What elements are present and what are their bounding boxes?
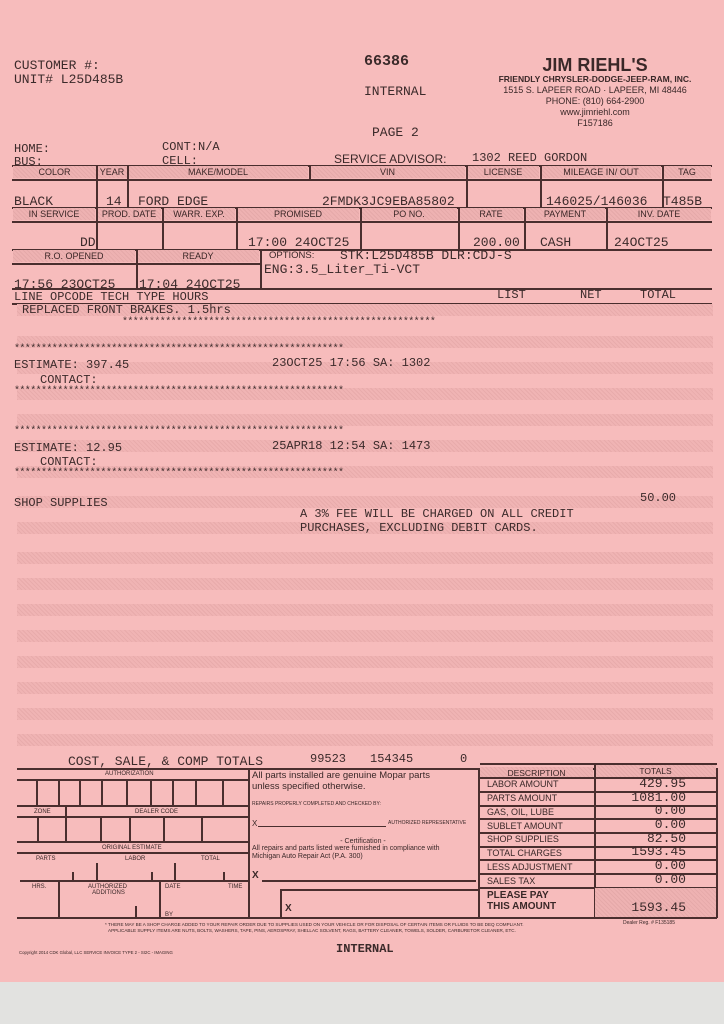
estimate-2-contact: CONTACT: bbox=[40, 455, 98, 469]
print-band bbox=[17, 552, 713, 564]
please-pay-value: 1593.45 bbox=[596, 900, 686, 915]
options-line-2: ENG:3.5_Liter_Ti-VCT bbox=[264, 262, 420, 277]
print-band bbox=[17, 734, 713, 746]
sale-total-value: 154345 bbox=[370, 752, 413, 766]
print-band bbox=[17, 414, 713, 426]
authorization-box bbox=[36, 779, 38, 805]
original-estimate-label: ORIGINAL ESTIMATE bbox=[102, 845, 162, 851]
unit-number: UNIT# L25D485B bbox=[14, 72, 123, 87]
divider bbox=[96, 207, 98, 249]
sublet-amount-label: SUBLET AMOUNT bbox=[487, 821, 563, 831]
shop-charge-notice-line-2: APPLICABLE SUPPLY ITEMS ARE NUTS, BOLTS,… bbox=[105, 928, 523, 934]
divider bbox=[223, 872, 225, 880]
divider bbox=[17, 841, 248, 843]
stars-separator: ****************************************… bbox=[14, 426, 343, 437]
labor-label: LABOR bbox=[125, 856, 145, 862]
service-advisor-label: SERVICE ADVISOR: bbox=[334, 152, 446, 166]
ro-number: 66386 bbox=[364, 53, 409, 70]
dealer-code-label: DEALER CODE bbox=[135, 809, 178, 815]
divider bbox=[20, 880, 248, 882]
divider bbox=[96, 863, 98, 880]
ready-header: READY bbox=[137, 250, 259, 262]
cost-total-value: 99523 bbox=[310, 752, 346, 766]
fee-notice-line-2: PURCHASES, EXCLUDING DEBIT CARDS. bbox=[300, 521, 538, 535]
cost-totals-label: COST, SALE, & COMP TOTALS bbox=[68, 754, 263, 769]
divider bbox=[127, 165, 129, 207]
customer-signature-line[interactable] bbox=[262, 880, 476, 882]
warr-exp-header: WARR. EXP. bbox=[163, 208, 235, 220]
divider bbox=[480, 763, 717, 765]
total-charges-value: 1593.45 bbox=[596, 844, 686, 859]
sublet-amount-value: 0.00 bbox=[596, 817, 686, 832]
prod-date-header: PROD. DATE bbox=[97, 208, 161, 220]
signature-x-3: X bbox=[285, 903, 292, 914]
comp-total-value: 0 bbox=[460, 752, 467, 766]
po-no-header: PO NO. bbox=[361, 208, 457, 220]
divider bbox=[17, 816, 248, 818]
estimate-2-meta: 25APR18 12:54 SA: 1473 bbox=[272, 439, 430, 453]
certification-line-1: All repairs and parts listed were furnis… bbox=[252, 845, 440, 853]
dealer-code-box bbox=[129, 816, 131, 841]
divider bbox=[12, 179, 712, 181]
ro-opened-header: R.O. OPENED bbox=[13, 250, 135, 262]
divider bbox=[458, 207, 460, 249]
dealer-form-id: F157186 bbox=[470, 118, 720, 129]
signature-x-2: X bbox=[252, 870, 259, 881]
labor-amount-value: 429.95 bbox=[596, 776, 686, 791]
authorization-label: AUTHORIZATION bbox=[105, 771, 154, 777]
in-service-value: DD bbox=[80, 235, 96, 250]
parts-amount-label: PARTS AMOUNT bbox=[487, 793, 557, 803]
year-header: YEAR bbox=[97, 166, 127, 178]
lines-header: LINE OPCODE TECH TYPE HOURS bbox=[14, 290, 208, 304]
certification-title: - Certification - bbox=[252, 838, 474, 845]
divider bbox=[17, 917, 717, 919]
dealer-code-box bbox=[163, 816, 165, 841]
promised-value: 17:00 24OCT25 bbox=[248, 235, 349, 250]
total-label: TOTAL bbox=[201, 856, 220, 862]
service-invoice-page: CUSTOMER #: UNIT# L25D485B 66386 INTERNA… bbox=[0, 0, 724, 982]
authorization-box bbox=[126, 779, 128, 805]
dealer-subtitle: FRIENDLY CHRYSLER-DODGE-JEEP-RAM, INC. bbox=[470, 74, 720, 85]
stars-separator: ****************************************… bbox=[14, 344, 343, 355]
authorization-box bbox=[101, 779, 103, 805]
print-band bbox=[17, 708, 713, 720]
estimate-1-label: ESTIMATE: 397.45 bbox=[14, 358, 129, 372]
divider bbox=[17, 779, 248, 781]
sales-tax-label: SALES TAX bbox=[487, 876, 535, 886]
estimate-2-label: ESTIMATE: 12.95 bbox=[14, 441, 122, 455]
authorized-representative-label: AUTHORIZED REPRESENTATIVE bbox=[388, 820, 466, 826]
service-advisor-value: 1302 REED GORDON bbox=[472, 151, 587, 165]
stars-separator: ****************************************… bbox=[14, 468, 343, 479]
shop-supplies-label: SHOP SUPPLIES bbox=[14, 496, 108, 510]
authorized-additions-line-2: ADDITIONS bbox=[88, 890, 127, 896]
shop-supplies-total-label: SHOP SUPPLIES bbox=[487, 834, 559, 844]
print-band bbox=[17, 604, 713, 616]
divider bbox=[174, 863, 176, 880]
total-charges-label: TOTAL CHARGES bbox=[487, 848, 562, 858]
contact-value: CONT:N/A bbox=[162, 140, 220, 154]
estimate-1-meta: 23OCT25 17:56 SA: 1302 bbox=[272, 356, 430, 370]
mileage-header: MILEAGE IN/ OUT bbox=[541, 166, 661, 178]
estimate-1-contact: CONTACT: bbox=[40, 373, 98, 387]
copyright-notice: Copyright 2014 CDK Global, LLC SERVICE I… bbox=[19, 950, 173, 955]
divider bbox=[58, 880, 60, 918]
dealer-code-box bbox=[37, 816, 39, 841]
customer-number-label: CUSTOMER #: bbox=[14, 58, 100, 73]
divider bbox=[540, 165, 542, 207]
by-label: BY bbox=[165, 912, 173, 918]
authorization-box bbox=[58, 779, 60, 805]
divider bbox=[466, 165, 468, 207]
divider bbox=[151, 872, 153, 880]
net-header: NET bbox=[580, 288, 602, 302]
time-label: TIME bbox=[228, 884, 242, 890]
divider bbox=[135, 906, 137, 918]
shop-charge-notice: * THERE MAY BE A SHOP CHARGE ADDED TO YO… bbox=[105, 922, 523, 934]
authorization-box bbox=[222, 779, 224, 805]
dealer-name: JIM RIEHL'S bbox=[470, 56, 720, 74]
dealer-block: JIM RIEHL'S FRIENDLY CHRYSLER-DODGE-JEEP… bbox=[470, 56, 720, 129]
parts-label: PARTS bbox=[36, 856, 55, 862]
divider bbox=[136, 249, 138, 289]
gas-oil-lube-value: 0.00 bbox=[596, 803, 686, 818]
labor-amount-label: LABOR AMOUNT bbox=[487, 779, 559, 789]
dealer-phone: PHONE: (810) 664-2900 bbox=[470, 96, 720, 107]
divider bbox=[248, 768, 250, 918]
please-pay-line-1: PLEASE PAY bbox=[487, 890, 556, 901]
license-header: LICENSE bbox=[467, 166, 539, 178]
divider bbox=[309, 165, 311, 180]
options-line-1: STK:L25D485B DLR:CDJ-S bbox=[340, 248, 512, 263]
list-header: LIST bbox=[497, 288, 526, 302]
signature-x-1: X bbox=[252, 819, 257, 828]
hrs-label: HRS. bbox=[32, 884, 46, 890]
page-number: PAGE 2 bbox=[372, 125, 419, 140]
divider bbox=[280, 889, 478, 891]
please-pay-line-2: THIS AMOUNT bbox=[487, 901, 556, 912]
options-label: OPTIONS: bbox=[269, 250, 314, 261]
footer-copy-type: INTERNAL bbox=[336, 942, 394, 956]
certification-line-2: Michigan Auto Repair Act (P.A. 300) bbox=[252, 853, 440, 861]
authorization-box bbox=[79, 779, 81, 805]
stars-separator: ****************************************… bbox=[14, 386, 343, 397]
divider bbox=[72, 872, 74, 880]
please-pay-label: PLEASE PAY THIS AMOUNT bbox=[487, 890, 556, 912]
divider bbox=[524, 207, 526, 249]
dealer-code-box bbox=[201, 816, 203, 841]
make-model-header: MAKE/MODEL bbox=[128, 166, 308, 178]
copy-type: INTERNAL bbox=[364, 84, 426, 99]
sales-tax-value: 0.00 bbox=[596, 872, 686, 887]
mopar-notice: All parts installed are genuine Mopar pa… bbox=[252, 770, 430, 792]
divider bbox=[17, 852, 248, 854]
total-header: TOTAL bbox=[640, 288, 676, 302]
inv-date-value: 24OCT25 bbox=[614, 235, 669, 250]
shop-supplies-amount: 50.00 bbox=[640, 491, 676, 505]
divider bbox=[17, 805, 248, 807]
dealer-code-box bbox=[100, 816, 102, 841]
less-adjustment-label: LESS ADJUSTMENT bbox=[487, 862, 573, 872]
print-band bbox=[17, 656, 713, 668]
fee-notice-line-1: A 3% FEE WILL BE CHARGED ON ALL CREDIT bbox=[300, 507, 574, 521]
divider bbox=[260, 249, 262, 289]
promised-header: PROMISED bbox=[237, 208, 359, 220]
gas-oil-lube-label: GAS, OIL, LUBE bbox=[487, 807, 554, 817]
home-phone-label: HOME: bbox=[14, 142, 50, 156]
divider bbox=[236, 207, 238, 249]
rate-header: RATE bbox=[459, 208, 523, 220]
in-service-header: IN SERVICE bbox=[13, 208, 95, 220]
representative-signature-line[interactable] bbox=[258, 826, 386, 827]
divider bbox=[280, 889, 282, 918]
print-band bbox=[17, 630, 713, 642]
divider bbox=[65, 805, 67, 841]
certification-text: All repairs and parts listed were furnis… bbox=[252, 845, 440, 861]
divider bbox=[162, 207, 164, 249]
print-band bbox=[17, 682, 713, 694]
color-header: COLOR bbox=[13, 166, 96, 178]
vin-header: VIN bbox=[310, 166, 465, 178]
authorization-box bbox=[195, 779, 197, 805]
mopar-notice-line-2: unless specified otherwise. bbox=[252, 781, 430, 792]
divider bbox=[360, 207, 362, 249]
dealer-website: www.jimriehl.com bbox=[470, 107, 720, 118]
payment-value: CASH bbox=[540, 235, 571, 250]
print-band bbox=[17, 578, 713, 590]
authorization-box bbox=[150, 779, 152, 805]
divider bbox=[96, 165, 98, 207]
line-description: REPLACED FRONT BRAKES. 1.5hrs bbox=[22, 303, 231, 317]
checked-by-label: REPAIRS PROPERLY COMPLETED AND CHECKED B… bbox=[252, 801, 381, 807]
dealer-registration: Dealer Reg. # F135185 bbox=[623, 920, 675, 926]
stars-separator: ****************************************… bbox=[122, 317, 435, 328]
dealer-address: 1515 S. LAPEER ROAD · LAPEER, MI 48446 bbox=[470, 85, 720, 96]
divider bbox=[606, 207, 608, 249]
date-label: DATE bbox=[165, 884, 181, 890]
authorized-additions-label: AUTHORIZED ADDITIONS bbox=[88, 884, 127, 896]
payment-header: PAYMENT bbox=[525, 208, 605, 220]
tag-header: TAG bbox=[663, 166, 711, 178]
mopar-notice-line-1: All parts installed are genuine Mopar pa… bbox=[252, 770, 430, 781]
inv-date-header: INV. DATE bbox=[607, 208, 711, 220]
authorization-box bbox=[172, 779, 174, 805]
zone-label: ZONE bbox=[34, 809, 51, 815]
less-adjustment-value: 0.00 bbox=[596, 858, 686, 873]
divider bbox=[159, 880, 161, 918]
